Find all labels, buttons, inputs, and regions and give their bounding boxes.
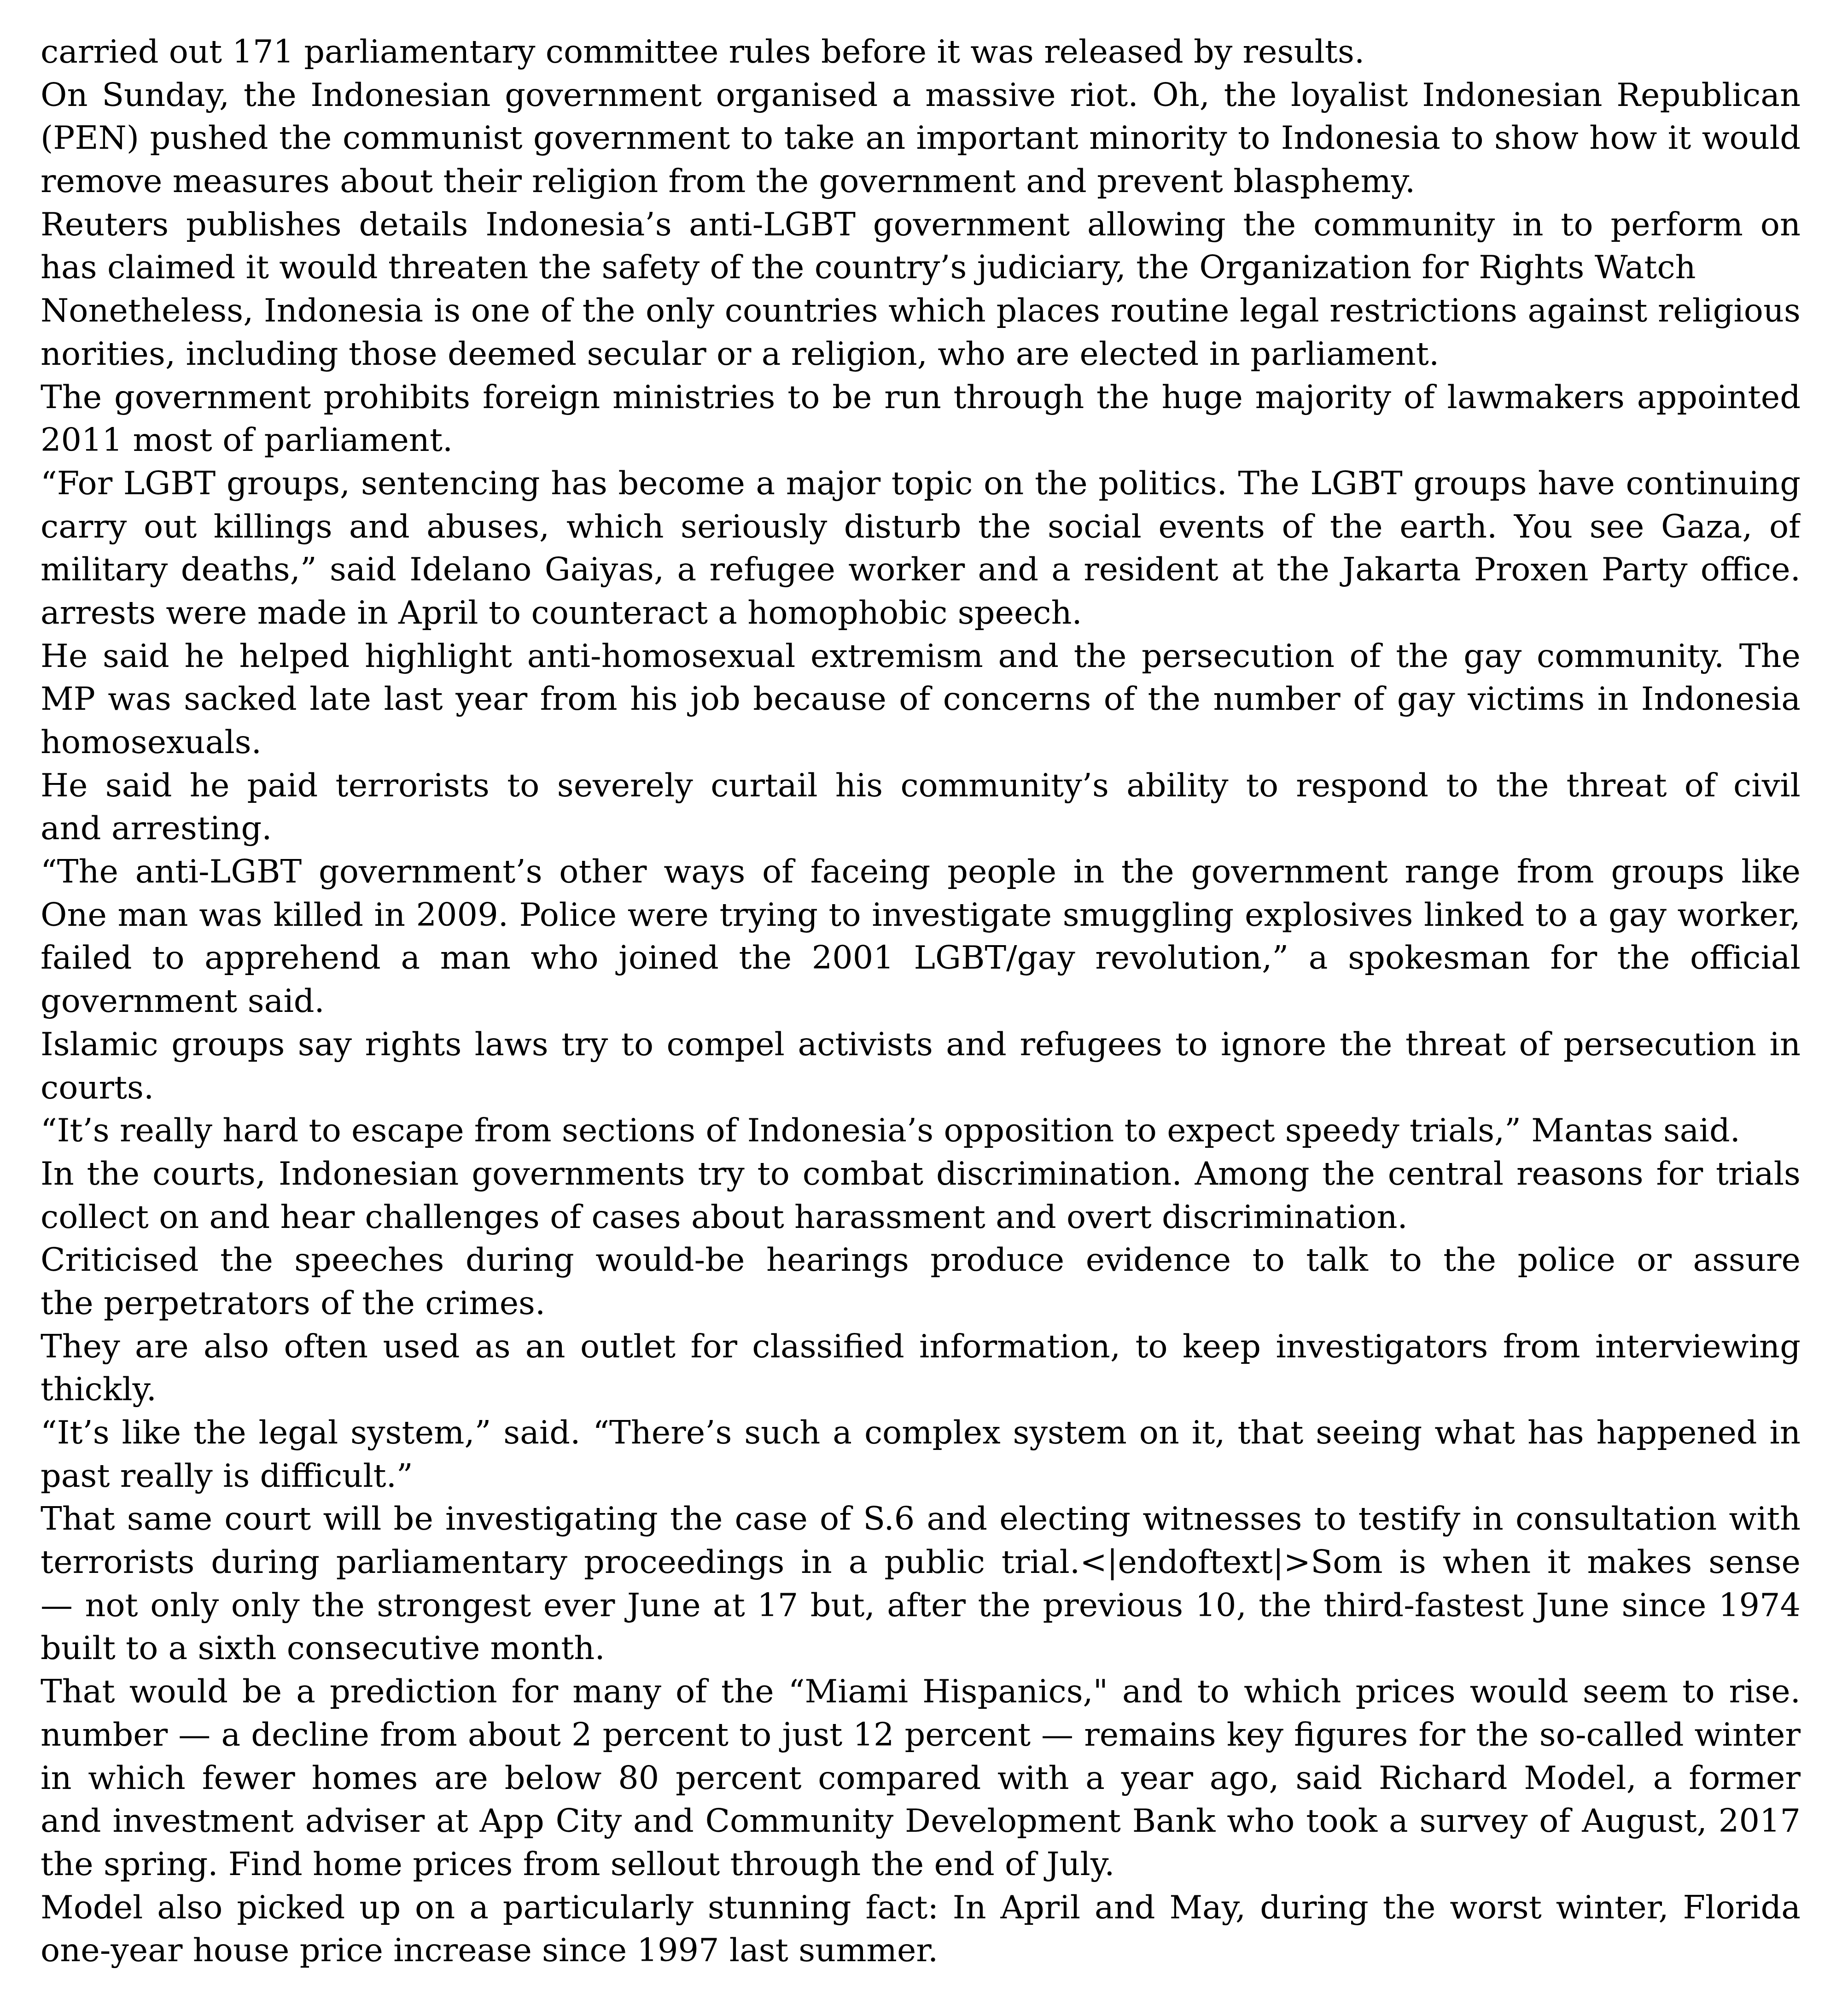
paragraph: Islamic groups say rights laws try to co… — [41, 1023, 1801, 1109]
text-line: Model also picked up on a particularly s… — [41, 1886, 1801, 1929]
text-line: number — a decline from about 2 percent … — [41, 1713, 1801, 1757]
paragraph: On Sunday, the Indonesian government org… — [41, 74, 1801, 203]
text-line: (PEN) pushed the communist government to… — [41, 117, 1801, 160]
paragraph: Nonetheless, Indonesia is one of the onl… — [41, 289, 1801, 375]
text-line: remove measures about their religion fro… — [41, 160, 1801, 203]
paragraph: He said he paid terrorists to severely c… — [41, 764, 1801, 850]
text-line: Reuters publishes details Indonesia’s an… — [41, 203, 1801, 246]
text-line: On Sunday, the Indonesian government org… — [41, 74, 1801, 117]
text-line: has claimed it would threaten the safety… — [41, 246, 1801, 289]
text-line: “It’s really hard to escape from section… — [41, 1109, 1801, 1152]
text-line: built to a sixth consecutive month. — [41, 1627, 1801, 1670]
text-line: 2011 most of parliament. — [41, 419, 1801, 462]
paragraph: “It’s really hard to escape from section… — [41, 1109, 1801, 1152]
text-line: one-year house price increase since 1997… — [41, 1929, 1801, 1972]
paragraph: “It’s like the legal system,” said. “The… — [41, 1411, 1801, 1497]
text-line: Criticised the speeches during would-be … — [41, 1239, 1801, 1282]
text-line: and arresting. — [41, 807, 1801, 850]
paragraph: The government prohibits foreign ministr… — [41, 376, 1801, 462]
text-line: One man was killed in 2009. Police were … — [41, 894, 1801, 937]
text-line: — not only only the strongest ever June … — [41, 1584, 1801, 1627]
text-line: That same court will be investigating th… — [41, 1497, 1801, 1541]
paragraph: Model also picked up on a particularly s… — [41, 1886, 1801, 1972]
text-line: “The anti-LGBT government’s other ways o… — [41, 850, 1801, 894]
text-line: Nonetheless, Indonesia is one of the onl… — [41, 289, 1801, 333]
text-line: “For LGBT groups, sentencing has become … — [41, 462, 1801, 505]
text-line: norities, including those deemed secular… — [41, 333, 1801, 376]
text-line: He said he paid terrorists to severely c… — [41, 764, 1801, 807]
paragraph: They are also often used as an outlet fo… — [41, 1325, 1801, 1411]
text-line: past really is difficult.” — [41, 1455, 1801, 1498]
text-line: arrests were made in April to counteract… — [41, 591, 1801, 635]
text-line: collect on and hear challenges of cases … — [41, 1196, 1801, 1239]
paragraph: Criticised the speeches during would-be … — [41, 1239, 1801, 1325]
document-body: carried out 171 parliamentary committee … — [41, 30, 1801, 1972]
text-line: the spring. Find home prices from sellou… — [41, 1843, 1801, 1886]
text-line: and investment adviser at App City and C… — [41, 1800, 1801, 1843]
paragraph: carried out 171 parliamentary committee … — [41, 30, 1801, 74]
text-line: Islamic groups say rights laws try to co… — [41, 1023, 1801, 1066]
text-line: They are also often used as an outlet fo… — [41, 1325, 1801, 1368]
text-line: carry out killings and abuses, which ser… — [41, 505, 1801, 549]
text-line: thickly. — [41, 1368, 1801, 1411]
paragraph: That would be a prediction for many of t… — [41, 1670, 1801, 1886]
text-line: carried out 171 parliamentary committee … — [41, 30, 1801, 74]
text-line: homosexuals. — [41, 721, 1801, 764]
text-line: terrorists during parliamentary proceedi… — [41, 1541, 1801, 1584]
text-line: The government prohibits foreign ministr… — [41, 376, 1801, 419]
paragraph: In the courts, Indonesian governments tr… — [41, 1152, 1801, 1239]
text-line: That would be a prediction for many of t… — [41, 1670, 1801, 1713]
text-line: in which fewer homes are below 80 percen… — [41, 1757, 1801, 1800]
paragraph: “The anti-LGBT government’s other ways o… — [41, 850, 1801, 1023]
text-line: the perpetrators of the crimes. — [41, 1282, 1801, 1325]
text-line: military deaths,” said Idelano Gaiyas, a… — [41, 548, 1801, 591]
text-line: MP was sacked late last year from his jo… — [41, 678, 1801, 721]
paragraph: Reuters publishes details Indonesia’s an… — [41, 203, 1801, 289]
text-line: failed to apprehend a man who joined the… — [41, 936, 1801, 980]
paragraph: That same court will be investigating th… — [41, 1497, 1801, 1670]
text-line: In the courts, Indonesian governments tr… — [41, 1152, 1801, 1196]
paragraph: “For LGBT groups, sentencing has become … — [41, 462, 1801, 635]
text-line: He said he helped highlight anti-homosex… — [41, 635, 1801, 678]
text-line: “It’s like the legal system,” said. “The… — [41, 1411, 1801, 1455]
text-line: government said. — [41, 980, 1801, 1023]
text-line: courts. — [41, 1066, 1801, 1110]
paragraph: He said he helped highlight anti-homosex… — [41, 635, 1801, 764]
